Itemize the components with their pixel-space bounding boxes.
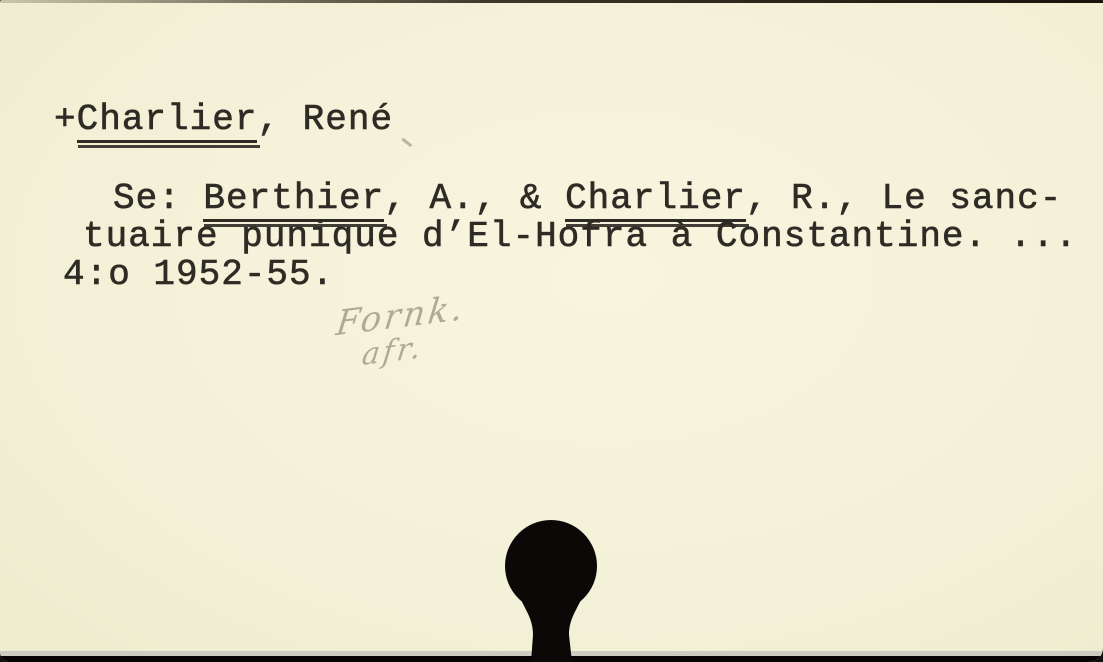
pencil-note-region: afr. xyxy=(360,330,426,373)
reference-separator-2: , R., Le sanc- xyxy=(746,178,1062,219)
reference-line-2: tuaire punique d’El-Hofra à Constantine.… xyxy=(83,218,1078,256)
pencil-tick-mark xyxy=(402,138,413,147)
heading-prefix: + xyxy=(54,99,77,140)
reference-separator-1: , A., & xyxy=(384,178,565,219)
catalog-card: +Charlier, René Se: Berthier, A., & Char… xyxy=(0,0,1103,662)
reference-line-1: Se: Berthier, A., & Charlier, R., Le san… xyxy=(113,180,1062,218)
punch-hole-icon xyxy=(496,518,606,662)
heading-suffix: , René xyxy=(257,99,393,140)
see-label: Se: xyxy=(113,178,203,219)
reference-line-3: 4:o 1952-55. xyxy=(63,256,334,294)
heading-line: +Charlier, René xyxy=(54,101,393,139)
heading-surname: Charlier xyxy=(77,99,258,143)
card-top-edge xyxy=(0,0,1103,3)
